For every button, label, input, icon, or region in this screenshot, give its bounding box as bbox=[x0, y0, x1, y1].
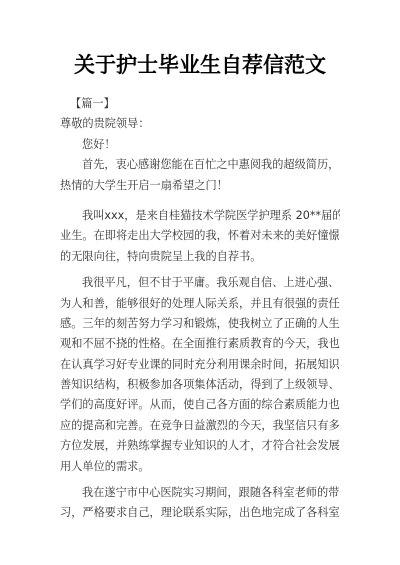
paragraph-line: 我在遂宁市中心医院实习期间，跟随各科室老师的带领，认真学 bbox=[60, 483, 340, 503]
paragraph-intro: 我叫xxx，是来自桂猫技术学院医学护理系 20**届的一名应届毕 业生。在即将走… bbox=[60, 206, 340, 267]
paragraph-line: 我很平凡，但不甘于平庸。我乐观自信、上进心强、爱好广泛、 bbox=[60, 273, 340, 293]
document-title: 关于护士毕业生自荐信范文 bbox=[0, 49, 400, 79]
greeting: 您好！ bbox=[60, 135, 340, 155]
letter-body: 【篇一】 尊敬的贵院领导： 您好！ 首先，衷心感谢您能在百忙之中惠阅我的超级简历… bbox=[60, 94, 340, 524]
paragraph-line: 为人和善，能够很好的处理人际关系，并且有很强的责任心和使命 bbox=[60, 294, 340, 314]
paragraph-line: 习，严格要求自己，理论联系实际，出色地完成了各科室应完成的 bbox=[60, 503, 340, 523]
section-label: 【篇一】 bbox=[60, 94, 340, 114]
paragraph-line: 用人单位的需求。 bbox=[60, 457, 340, 477]
salutation: 尊敬的贵院领导： bbox=[60, 114, 340, 134]
paragraph-line: 首先，衷心感谢您能在百忙之中惠阅我的超级简历，为一位满腔 bbox=[60, 155, 340, 175]
paragraph-line: 善知识结构，积极参加各项集体活动，得到了上级领导、老师及同 bbox=[60, 375, 340, 395]
paragraph-line: 在认真学习好专业课的同时充分利用课余时间，拓展知识视野，完 bbox=[60, 355, 340, 375]
paragraph-character: 我很平凡，但不甘于平庸。我乐观自信、上进心强、爱好广泛、 为人和善，能够很好的处… bbox=[60, 273, 340, 477]
paragraph-thanks: 首先，衷心感谢您能在百忙之中惠阅我的超级简历，为一位满腔 热情的大学生开启一扇希… bbox=[60, 155, 340, 196]
paragraph-line: 业生。在即将走出大学校园的我，怀着对未来的美好憧憬和对贵院 bbox=[60, 226, 340, 246]
paragraph-line: 热情的大学生开启一扇希望之门！ bbox=[60, 176, 340, 196]
paragraph-line: 感。三年的刻苦努力学习和锻炼，使我树立了正确的人生观、价值 bbox=[60, 314, 340, 334]
paragraph-line: 方位发展，并熟练掌握专业知识的人才，才符合社会发展的需要和 bbox=[60, 436, 340, 456]
paragraph-line: 的无限向往，特向贵院呈上我的自荐书。 bbox=[60, 247, 340, 267]
paragraph-internship: 我在遂宁市中心医院实习期间，跟随各科室老师的带领，认真学 习，严格要求自己，理论… bbox=[60, 483, 340, 524]
paragraph-line: 学们的高度好评。从而，使自己各方面的综合素质能力也得到了相 bbox=[60, 395, 340, 415]
paragraph-line: 我叫xxx，是来自桂猫技术学院医学护理系 20**届的一名应届毕 bbox=[60, 206, 340, 226]
paragraph-line: 观和不屈不挠的性格。在全面推行素质教育的今天，我也特别注重 bbox=[60, 334, 340, 354]
paragraph-line: 应的提高和完善。在竞争日益激烈的今天，我坚信只有多层次、全 bbox=[60, 416, 340, 436]
